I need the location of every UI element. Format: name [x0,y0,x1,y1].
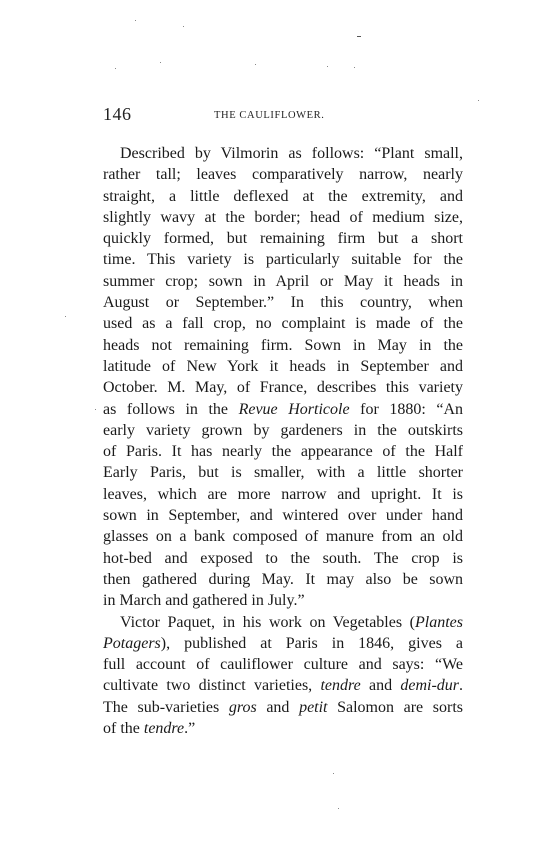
text-run: Victor Paquet, in his work on Vegetables… [120,614,415,631]
text-run: leaves, which are more narrow and uprigh… [103,486,463,503]
text-run: Early Paris, but is smaller, with a litt… [103,464,463,481]
italic-run: Potagers [103,635,161,652]
text-run: used as a fall crop, no complaint is mad… [103,315,463,332]
text-line: Described by Vilmorin as follows: “Plant… [103,143,463,164]
page-header: 146 THE CAULIFLOWER. [103,104,463,126]
text-run: ), published at Paris in 1846, gives a [161,635,463,652]
text-line: hot-bed and exposed to the south. The cr… [103,548,463,569]
text-line: of Paris. It has nearly the appearance o… [103,441,463,462]
text-run: and [257,699,299,716]
text-line: straight, a little deflexed at the extre… [103,186,463,207]
scan-speck [354,67,355,68]
text-run: of Paris. It has nearly the appearance o… [103,443,463,460]
text-line: leaves, which are more narrow and uprigh… [103,484,463,505]
text-run: slightly wavy at the border; head of med… [103,209,463,226]
text-line: rather tall; leaves comparatively narrow… [103,164,463,185]
text-run: rather tall; leaves comparatively narrow… [103,166,463,183]
running-head: THE CAULIFLOWER. [214,110,325,121]
text-run: . [459,677,463,694]
scan-speck [65,316,66,317]
text-run: .” [184,720,195,737]
scan-speck [160,62,161,63]
text-run: October. M. May, of France, describes th… [103,379,463,396]
text-line: sown in September, and wintered over und… [103,505,463,526]
scan-speck [135,20,136,21]
italic-run: tendre [320,677,360,694]
text-line: The sub-varieties gros and petit Salomon… [103,697,463,718]
text-run: latitude of New York it heads in Septemb… [103,358,463,375]
paragraph: Described by Vilmorin as follows: “Plant… [103,143,463,612]
text-line: Victor Paquet, in his work on Vegetables… [103,612,463,633]
text-line: Potagers), published at Paris in 1846, g… [103,633,463,654]
text-line: in March and gathered in July.” [103,590,463,611]
text-line: latitude of New York it heads in Septemb… [103,356,463,377]
text-line: time. This variety is particularly suita… [103,249,463,270]
text-run: for 1880: “An [350,401,463,418]
scan-speck [333,773,334,774]
text-run: summer crop; sown in April or May it hea… [103,273,463,290]
text-run: of the [103,720,144,737]
text-run: quickly formed, but remaining firm but a… [103,230,463,247]
scan-speck [478,100,479,101]
text-line: early variety grown by gardeners in the … [103,420,463,441]
text-line: August or September.” In this country, w… [103,292,463,313]
text-run: cultivate two distinct varieties, [103,677,320,694]
scan-speck [95,409,96,410]
book-page: 146 THE CAULIFLOWER. Described by Vilmor… [0,0,552,867]
text-line: quickly formed, but remaining firm but a… [103,228,463,249]
text-line: then gathered during May. It may also be… [103,569,463,590]
text-line: slightly wavy at the border; head of med… [103,207,463,228]
text-run: full account of cauliflower culture and … [103,656,463,673]
text-line: full account of cauliflower culture and … [103,654,463,675]
scan-speck [255,64,256,65]
text-line: October. M. May, of France, describes th… [103,377,463,398]
scan-speck [357,36,361,37]
text-run: time. This variety is particularly suita… [103,251,463,268]
text-run: The sub-varieties [103,699,229,716]
text-run: early variety grown by gardeners in the … [103,422,463,439]
italic-run: tendre [144,720,184,737]
italic-run: Plantes [415,614,463,631]
scan-speck [183,26,184,27]
text-line: summer crop; sown in April or May it hea… [103,271,463,292]
body-text: Described by Vilmorin as follows: “Plant… [103,143,463,739]
text-run: glasses on a bank composed of manure fro… [103,528,463,545]
paragraph: Victor Paquet, in his work on Vegetables… [103,612,463,740]
text-run: heads not remaining firm. Sown in May in… [103,337,463,354]
text-run: then gathered during May. It may also be… [103,571,463,588]
text-line: as follows in the Revue Horticole for 18… [103,399,463,420]
scan-speck [115,68,116,69]
text-line: used as a fall crop, no complaint is mad… [103,313,463,334]
italic-run: demi-dur [400,677,459,694]
text-run: in March and gathered in July.” [103,592,305,609]
text-run: hot-bed and exposed to the south. The cr… [103,550,463,567]
italic-run: gros [229,699,257,716]
text-line: heads not remaining firm. Sown in May in… [103,335,463,356]
text-run: straight, a little deflexed at the extre… [103,188,463,205]
text-run: as follows in the [103,401,239,418]
text-run: August or September.” In this country, w… [103,294,463,311]
text-line: of the tendre.” [103,718,463,739]
text-line: glasses on a bank composed of manure fro… [103,526,463,547]
scan-speck [338,808,339,809]
text-run: Described by Vilmorin as follows: “Plant… [120,145,463,162]
italic-run: petit [299,699,327,716]
text-run: and [361,677,401,694]
text-line: Early Paris, but is smaller, with a litt… [103,462,463,483]
page-number: 146 [103,104,132,125]
scan-speck [327,66,328,67]
italic-run: Revue Horticole [239,401,350,418]
text-run: Salomon are sorts [328,699,464,716]
text-run: sown in September, and wintered over und… [103,507,463,524]
text-line: cultivate two distinct varieties, tendre… [103,675,463,696]
